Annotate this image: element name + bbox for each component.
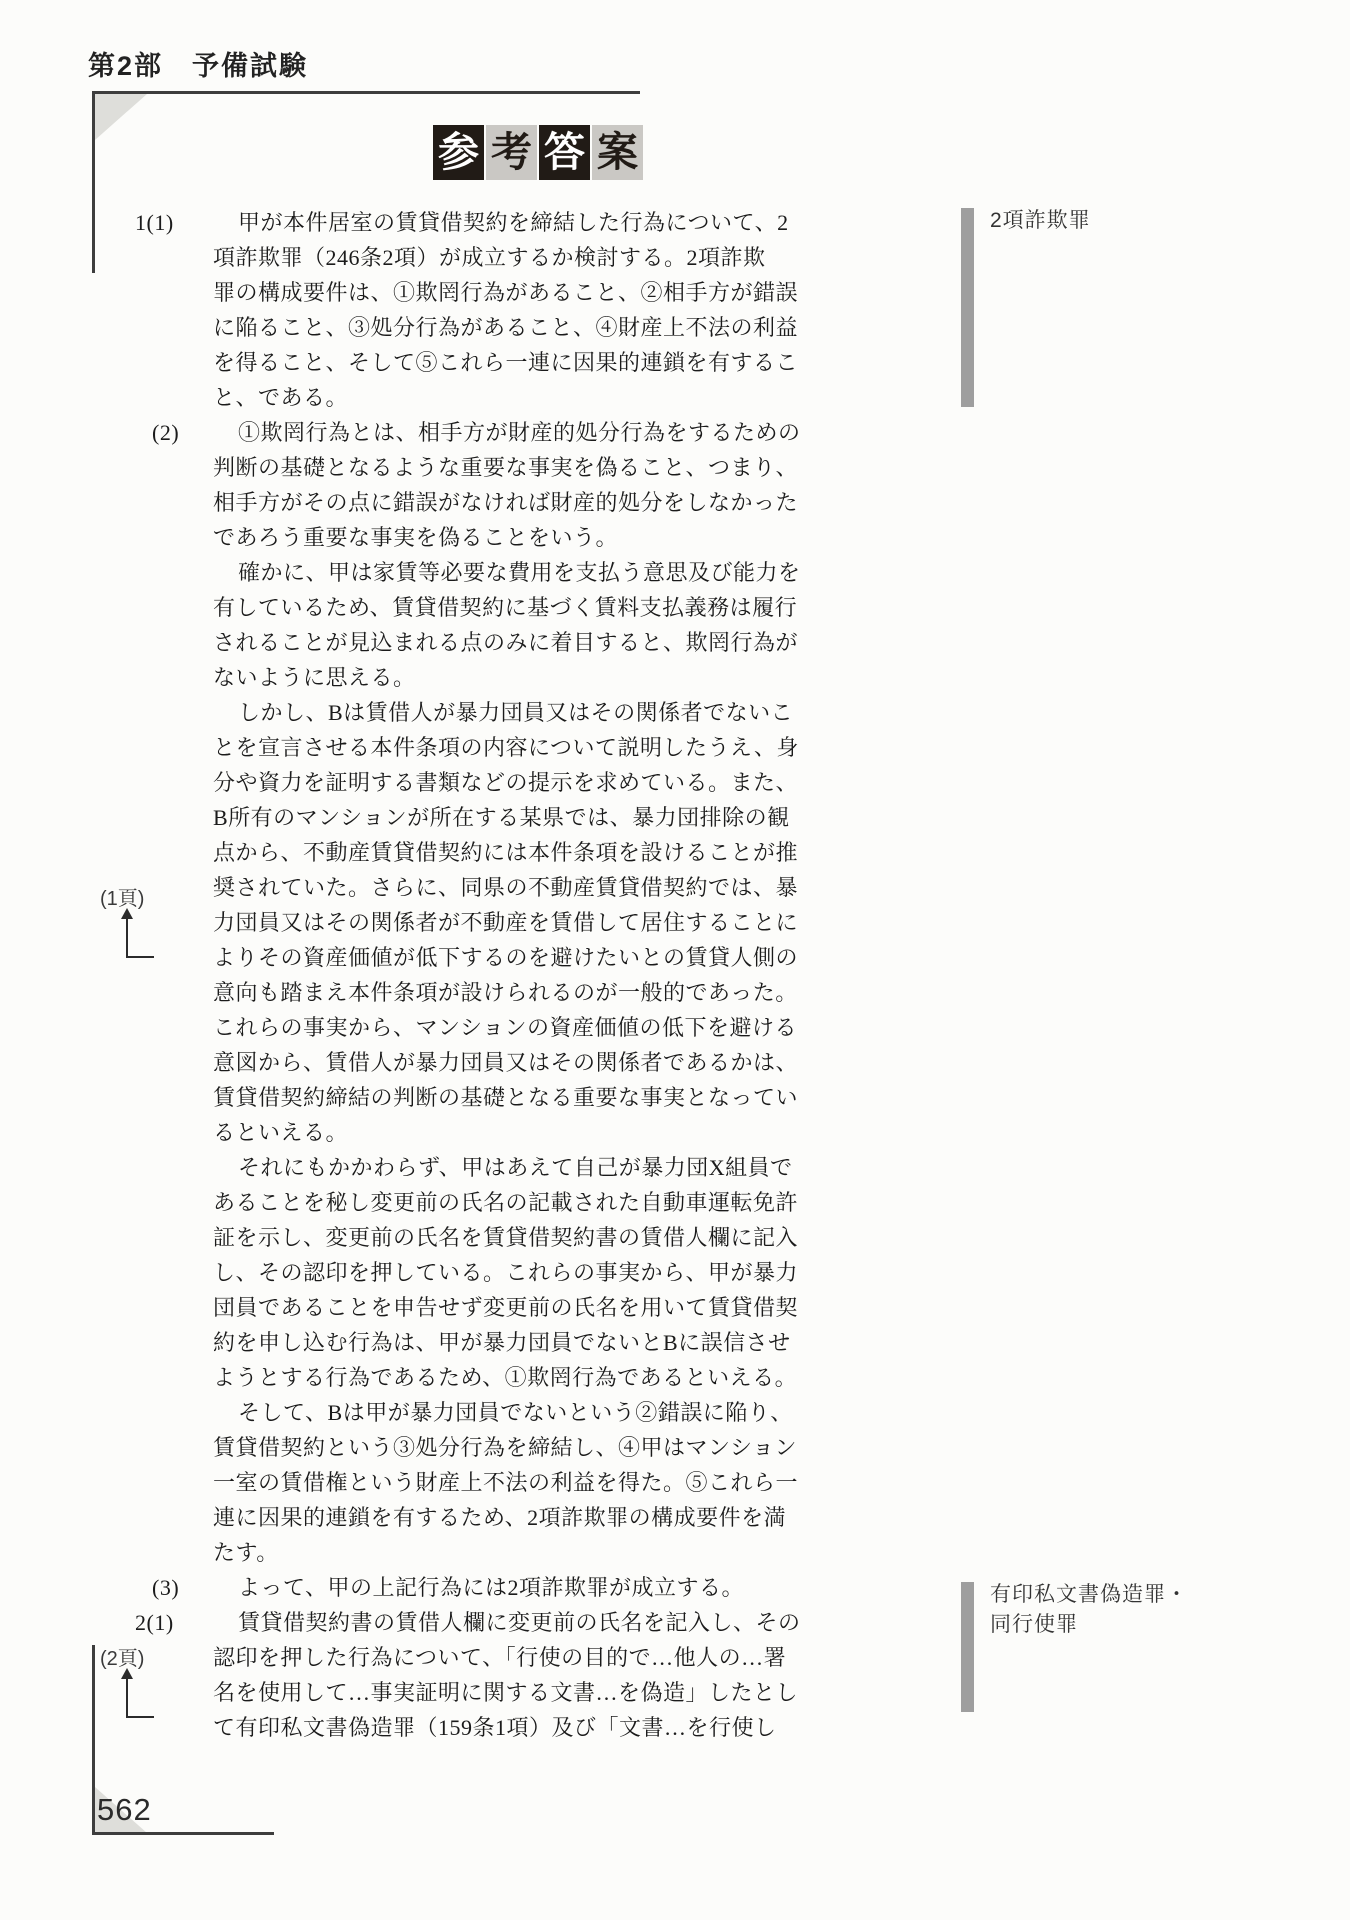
body-line-text: 奨されていた。さらに、同県の不動産賃貸借契約では、暴 xyxy=(213,870,798,905)
body-line-text: 連に因果的連鎖を有するため、2項詐欺罪の構成要件を満 xyxy=(213,1500,786,1535)
body-line: るといえる。 xyxy=(0,1115,1350,1150)
margin-note-line: 2項詐欺罪 xyxy=(990,206,1091,236)
paragraph-number: (2) xyxy=(152,415,179,450)
body-line: 証を示し、変更前の氏名を賃貸借契約書の賃借人欄に記入 xyxy=(0,1220,1350,1255)
body-line-text: 甲が本件居室の賃貸借契約を締結した行為について、2 xyxy=(238,205,789,240)
paragraph-number: 2(1) xyxy=(135,1605,174,1640)
body-line: 点から、不動産賃貸借契約には本件条項を設けることが推 xyxy=(0,835,1350,870)
body-line: 認印を押した行為について、「行使の目的で…他人の…署 xyxy=(0,1640,1350,1675)
body-line: 賃貸借契約という③処分行為を締結し、④甲はマンション xyxy=(0,1430,1350,1465)
body-line: 意向も踏まえ本件条項が設けられるのが一般的であった。 xyxy=(0,975,1350,1010)
page-break-label: (1頁) xyxy=(100,882,144,911)
body-line: たす。 xyxy=(0,1535,1350,1570)
margin-note-label: 2項詐欺罪 xyxy=(990,206,1091,236)
body-line-text: 名を使用して…事実証明に関する文書…を偽造」したとし xyxy=(213,1675,798,1710)
body-line: 連に因果的連鎖を有するため、2項詐欺罪の構成要件を満 xyxy=(0,1500,1350,1535)
body-line-text: しかし、Bは賃借人が暴力団員又はその関係者でないこ xyxy=(238,695,793,730)
body-line-text: 分や資力を証明する書類などの提示を求めている。また、 xyxy=(213,765,798,800)
body-line-text: 判断の基礎となるような重要な事実を偽ること、つまり、 xyxy=(213,450,798,485)
title-boxes: 参考答案 xyxy=(433,125,643,180)
body-line: されることが見込まれる点のみに着目すると、欺罔行為が xyxy=(0,625,1350,660)
body-line: これらの事実から、マンションの資産価値の低下を避ける xyxy=(0,1010,1350,1045)
body-line-text: に陥ること、③処分行為があること、④財産上不法の利益 xyxy=(213,310,798,345)
body-line-text: よりその資産価値が低下するのを避けたいとの賃貸人側の xyxy=(213,940,798,975)
body-line-text: 賃貸借契約という③処分行為を締結し、④甲はマンション xyxy=(213,1430,797,1465)
body-line-text: あることを秘し変更前の氏名の記載された自動車運転免許 xyxy=(213,1185,798,1220)
body-line: それにもかかわらず、甲はあえて自己が暴力団X組員で xyxy=(0,1150,1350,1185)
body-line: ないように思える。 xyxy=(0,660,1350,695)
page-break-arrow-icon xyxy=(120,1668,156,1720)
body-line: しかし、Bは賃借人が暴力団員又はその関係者でないこ xyxy=(0,695,1350,730)
body-line-text: ①欺罔行為とは、相手方が財産的処分行為をするための xyxy=(238,415,801,450)
page-number: 562 xyxy=(97,1792,152,1828)
body-line-text: 相手方がその点に錯誤がなければ財産的処分をしなかった xyxy=(213,485,798,520)
arrow-stem xyxy=(126,917,128,958)
title-char: 答 xyxy=(539,125,590,180)
title-char: 案 xyxy=(592,125,643,180)
page-header: 第2部 予備試験 xyxy=(88,44,308,83)
body-line-text: B所有のマンションが所在する某県では、暴力団排除の観 xyxy=(213,800,790,835)
body-line: と、である。 xyxy=(0,380,1350,415)
body-line: であろう重要な事実を偽ることをいう。 xyxy=(0,520,1350,555)
body-line-text: 罪の構成要件は、①欺罔行為があること、②相手方が錯誤 xyxy=(213,275,798,310)
margin-bar xyxy=(961,208,974,407)
body-line-text: 項詐欺罪（246条2項）が成立するか検討する。2項詐欺 xyxy=(213,240,766,275)
margin-note-line: 同行使罪 xyxy=(990,1610,1188,1640)
body-line: そして、Bは甲が暴力団員でないという②錯誤に陥り、 xyxy=(0,1395,1350,1430)
body-line-text: そして、Bは甲が暴力団員でないという②錯誤に陥り、 xyxy=(238,1395,793,1430)
body-line-text: されることが見込まれる点のみに着目すると、欺罔行為が xyxy=(213,625,798,660)
body-line: とを宣言させる本件条項の内容について説明したうえ、身 xyxy=(0,730,1350,765)
body-line-text: 証を示し、変更前の氏名を賃貸借契約書の賃借人欄に記入 xyxy=(213,1220,798,1255)
body-line-text: し、その認印を押している。これらの事実から、甲が暴力 xyxy=(213,1255,798,1290)
corner-triangle-top xyxy=(95,94,147,140)
body-line-text: 意向も踏まえ本件条項が設けられるのが一般的であった。 xyxy=(213,975,798,1010)
margin-note-line: 有印私文書偽造罪・ xyxy=(990,1580,1188,1610)
body-line-text: 約を申し込む行為は、甲が暴力団員でないとBに誤信させ xyxy=(213,1325,791,1360)
body-line: (2)①欺罔行為とは、相手方が財産的処分行為をするための xyxy=(0,415,1350,450)
body-line: 罪の構成要件は、①欺罔行為があること、②相手方が錯誤 xyxy=(0,275,1350,310)
page-break-arrow-icon xyxy=(120,908,156,960)
body-line-text: 団員であることを申告せず変更前の氏名を用いて賃貸借契 xyxy=(213,1290,798,1325)
body-line-text: 意図から、賃借人が暴力団員又はその関係者であるかは、 xyxy=(213,1045,798,1080)
body-line-text: 力団員又はその関係者が不動産を賃借して居住することに xyxy=(213,905,798,940)
body-line-text: るといえる。 xyxy=(213,1115,348,1150)
margin-bar xyxy=(961,1582,974,1712)
title-char: 考 xyxy=(486,125,537,180)
body-line-text: 点から、不動産賃貸借契約には本件条項を設けることが推 xyxy=(213,835,798,870)
body-line-text: たす。 xyxy=(213,1535,279,1570)
body-line-text: ないように思える。 xyxy=(213,660,416,695)
body-line-text: 有しているため、賃貸借契約に基づく賃料支払義務は履行 xyxy=(213,590,797,625)
body-line: 力団員又はその関係者が不動産を賃借して居住することに xyxy=(0,905,1350,940)
body-lines: 1(1)甲が本件居室の賃貸借契約を締結した行為について、2項詐欺罪（246条2項… xyxy=(0,205,1350,1745)
body-line-text: と、である。 xyxy=(213,380,348,415)
body-line-text: よって、甲の上記行為には2項詐欺罪が成立する。 xyxy=(238,1570,744,1605)
body-line-text: であろう重要な事実を偽ることをいう。 xyxy=(213,520,618,555)
body-line: 名を使用して…事実証明に関する文書…を偽造」したとし xyxy=(0,1675,1350,1710)
body-line-text: 賃貸借契約書の賃借人欄に変更前の氏名を記入し、その xyxy=(238,1605,801,1640)
body-line-text: ようとする行為であるため、①欺罔行為であるといえる。 xyxy=(213,1360,797,1395)
body-line-text: とを宣言させる本件条項の内容について説明したうえ、身 xyxy=(213,730,799,765)
body-line-text: て有印私文書偽造罪（159条1項）及び「文書…を行使し xyxy=(213,1710,777,1745)
body-line-text: これらの事実から、マンションの資産価値の低下を避ける xyxy=(213,1010,797,1045)
paragraph-number: (3) xyxy=(152,1570,179,1605)
body-line: あることを秘し変更前の氏名の記載された自動車運転免許 xyxy=(0,1185,1350,1220)
arrow-stem xyxy=(126,1677,128,1718)
body-line: て有印私文書偽造罪（159条1項）及び「文書…を行使し xyxy=(0,1710,1350,1745)
body-line: 一室の賃借権という財産上不法の利益を得た。⑤これら一 xyxy=(0,1465,1350,1500)
body-line-text: それにもかかわらず、甲はあえて自己が暴力団X組員で xyxy=(238,1150,793,1185)
page-break-label: (2頁) xyxy=(100,1642,144,1671)
body-line: 奨されていた。さらに、同県の不動産賃貸借契約では、暴 xyxy=(0,870,1350,905)
body-line: B所有のマンションが所在する某県では、暴力団排除の観 xyxy=(0,800,1350,835)
body-line-text: 確かに、甲は家賃等必要な費用を支払う意思及び能力を xyxy=(238,555,801,590)
body-line-text: 認印を押した行為について、「行使の目的で…他人の…署 xyxy=(213,1640,786,1675)
footer-rule xyxy=(92,1832,274,1835)
arrow-foot xyxy=(126,956,154,958)
body-line: 確かに、甲は家賃等必要な費用を支払う意思及び能力を xyxy=(0,555,1350,590)
body-line: ようとする行為であるため、①欺罔行為であるといえる。 xyxy=(0,1360,1350,1395)
arrow-foot xyxy=(126,1716,154,1718)
body-line: 相手方がその点に錯誤がなければ財産的処分をしなかった xyxy=(0,485,1350,520)
body-line: に陥ること、③処分行為があること、④財産上不法の利益 xyxy=(0,310,1350,345)
body-line: 項詐欺罪（246条2項）が成立するか検討する。2項詐欺 xyxy=(0,240,1350,275)
margin-note-label: 有印私文書偽造罪・同行使罪 xyxy=(990,1580,1188,1640)
body-line: 団員であることを申告せず変更前の氏名を用いて賃貸借契 xyxy=(0,1290,1350,1325)
body-line: 約を申し込む行為は、甲が暴力団員でないとBに誤信させ xyxy=(0,1325,1350,1360)
body-line: 分や資力を証明する書類などの提示を求めている。また、 xyxy=(0,765,1350,800)
body-line-text: 賃貸借契約締結の判断の基礎となる重要な事実となってい xyxy=(213,1080,798,1115)
body-line: 意図から、賃借人が暴力団員又はその関係者であるかは、 xyxy=(0,1045,1350,1080)
title-char: 参 xyxy=(433,125,484,180)
body-line: 有しているため、賃貸借契約に基づく賃料支払義務は履行 xyxy=(0,590,1350,625)
body-line: 賃貸借契約締結の判断の基礎となる重要な事実となってい xyxy=(0,1080,1350,1115)
body-line: 判断の基礎となるような重要な事実を偽ること、つまり、 xyxy=(0,450,1350,485)
body-line-text: 一室の賃借権という財産上不法の利益を得た。⑤これら一 xyxy=(213,1465,798,1500)
body-line: 1(1)甲が本件居室の賃貸借契約を締結した行為について、2 xyxy=(0,205,1350,240)
body-line: し、その認印を押している。これらの事実から、甲が暴力 xyxy=(0,1255,1350,1290)
body-line: を得ること、そして⑤これら一連に因果的連鎖を有するこ xyxy=(0,345,1350,380)
paragraph-number: 1(1) xyxy=(135,205,174,240)
header-rule xyxy=(92,91,640,94)
body-line-text: を得ること、そして⑤これら一連に因果的連鎖を有するこ xyxy=(213,345,798,380)
body-line: よりその資産価値が低下するのを避けたいとの賃貸人側の xyxy=(0,940,1350,975)
